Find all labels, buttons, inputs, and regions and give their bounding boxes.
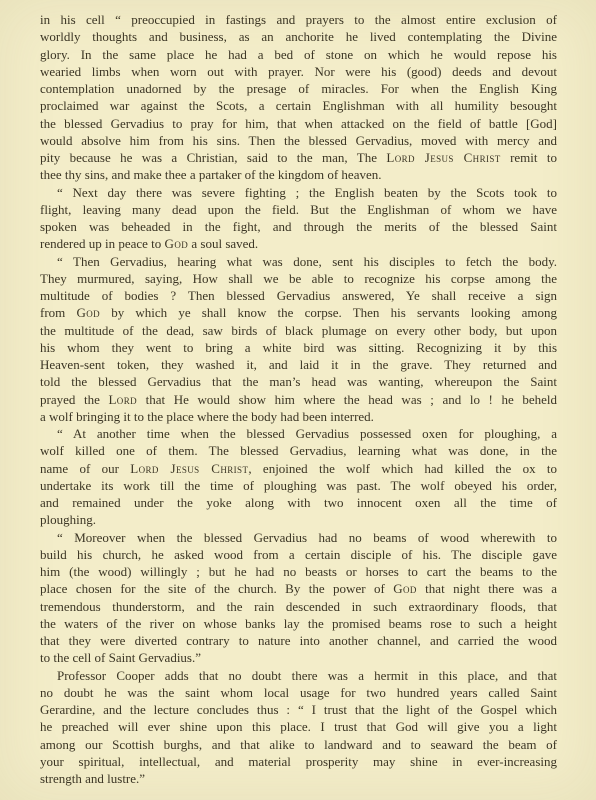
text-segment: and remained under the yoke along with t… <box>40 495 557 510</box>
text-line: prayed the Lord that He would show him w… <box>40 391 557 408</box>
text-segment: the waters of the river on whose banks l… <box>40 616 557 631</box>
text-line: to the cell of Saint Gervadius.” <box>40 649 557 666</box>
text-line: spoken was beheaded in the fight, and th… <box>40 218 557 235</box>
text-segment: in his cell “ preoccupied in fastings an… <box>40 12 557 27</box>
text-line: contemplation unadorned by the presage o… <box>40 80 557 97</box>
paragraph-1: in his cell “ preoccupied in fastings an… <box>40 11 557 184</box>
text-segment: him (the wood) willingly ; but he had no… <box>40 564 557 579</box>
text-segment: ploughing. <box>40 512 96 527</box>
text-line: multitude of bodies ? Then blessed Gerva… <box>40 287 557 304</box>
text-line: wearied limbs when worn out with prayer.… <box>40 63 557 80</box>
paragraph-6: Professor Cooper adds that no doubt ther… <box>40 667 557 788</box>
text-line: a wolf bringing it to the place where th… <box>40 408 557 425</box>
text-segment: told the blessed Gervadius that the man’… <box>40 374 557 389</box>
text-segment: glory. In the same place he had a bed of… <box>40 47 557 62</box>
text-line: place chosen for the site of the church.… <box>40 580 557 597</box>
text-line: thee thy sins, and make thee a partaker … <box>40 166 557 183</box>
text-line: among our Scottish burghs, and that alik… <box>40 736 557 753</box>
text-segment: that night there was a <box>417 581 557 596</box>
small-caps-text: God <box>165 236 189 251</box>
text-line: build his church, he asked wood from a c… <box>40 546 557 563</box>
text-line: that they were diverted contrary to natu… <box>40 632 557 649</box>
text-segment: remit to <box>501 150 557 165</box>
text-line: would absolve him from his sins. Then th… <box>40 132 557 149</box>
text-line: Heaven-sent token, they washed it, and l… <box>40 356 557 373</box>
text-segment: that He would show him where the head wa… <box>137 392 557 407</box>
text-line: the waters of the river on whose banks l… <box>40 615 557 632</box>
text-segment: thee thy sins, and make thee a partaker … <box>40 167 382 182</box>
text-segment: place chosen for the site of the church.… <box>40 581 393 596</box>
text-line: “ At another time when the blessed Gerva… <box>40 425 557 442</box>
text-segment: a wolf bringing it to the place where th… <box>40 409 374 424</box>
text-segment: “ At another time when the blessed Gerva… <box>57 426 557 441</box>
text-line: worldly thoughts and business, as an anc… <box>40 28 557 45</box>
text-line: your spiritual, intellectual, and materi… <box>40 753 557 770</box>
text-segment: from <box>40 305 76 320</box>
text-segment: spoken was beheaded in the fight, and th… <box>40 219 557 234</box>
text-segment: pity because he was a Christian, said to… <box>40 150 386 165</box>
text-segment: his whom they went to bring a white bird… <box>40 340 557 355</box>
text-line: and remained under the yoke along with t… <box>40 494 557 511</box>
text-line: strength and lustre.” <box>40 770 557 787</box>
text-line: They murmured, saying, How shall we be a… <box>40 270 557 287</box>
text-segment: build his church, he asked wood from a c… <box>40 547 557 562</box>
text-segment: They murmured, saying, How shall we be a… <box>40 271 557 286</box>
text-segment: wolf killed one of them. The blessed Ger… <box>40 443 557 458</box>
text-line: flight, leaving many dead upon the field… <box>40 201 557 218</box>
text-segment: Professor Cooper adds that no doubt ther… <box>57 668 557 683</box>
small-caps-text: Lord <box>108 392 137 407</box>
text-segment: the multitude of the dead, saw birds of … <box>40 323 557 338</box>
text-line: wolf killed one of them. The blessed Ger… <box>40 442 557 459</box>
text-segment: strength and lustre.” <box>40 771 145 786</box>
text-line: ploughing. <box>40 511 557 528</box>
text-line: Professor Cooper adds that no doubt ther… <box>40 667 557 684</box>
text-segment: multitude of bodies ? Then blessed Gerva… <box>40 288 557 303</box>
text-segment: , enjoined the wolf which had killed the… <box>248 461 557 476</box>
text-segment: undertake its work till the time of plou… <box>40 478 557 493</box>
text-line: his whom they went to bring a white bird… <box>40 339 557 356</box>
paragraph-4: “ At another time when the blessed Gerva… <box>40 425 557 529</box>
text-line: from God by which ye shall know the corp… <box>40 304 557 321</box>
text-block: in his cell “ preoccupied in fastings an… <box>40 11 557 787</box>
text-line: the blessed Gervadius to pray for him, t… <box>40 115 557 132</box>
text-line: name of our Lord Jesus Christ, enjoined … <box>40 460 557 477</box>
paragraph-3: “ Then Gervadius, hearing what was done,… <box>40 253 557 426</box>
text-segment: among our Scottish burghs, and that alik… <box>40 737 557 752</box>
text-segment: “ Then Gervadius, hearing what was done,… <box>57 254 557 269</box>
text-segment: he preached will ever shine upon this pl… <box>40 719 557 734</box>
text-segment: that they were diverted contrary to natu… <box>40 633 557 648</box>
text-segment: worldly thoughts and business, as an anc… <box>40 29 557 44</box>
text-segment: flight, leaving many dead upon the field… <box>40 202 557 217</box>
text-line: the multitude of the dead, saw birds of … <box>40 322 557 339</box>
text-segment: by which ye shall know the corpse. Then … <box>100 305 557 320</box>
text-line: in his cell “ preoccupied in fastings an… <box>40 11 557 28</box>
text-line: no doubt he was the saint whom local usa… <box>40 684 557 701</box>
text-segment: “ Next day there was severe fighting ; t… <box>57 185 557 200</box>
text-segment: a soul saved. <box>188 236 258 251</box>
text-line: him (the wood) willingly ; but he had no… <box>40 563 557 580</box>
text-segment: to the cell of Saint Gervadius.” <box>40 650 201 665</box>
book-page: in his cell “ preoccupied in fastings an… <box>0 0 596 800</box>
text-line: told the blessed Gervadius that the man’… <box>40 373 557 390</box>
text-line: tremendous thunderstorm, and the rain de… <box>40 598 557 615</box>
small-caps-text: Lord Jesus Christ <box>386 150 500 165</box>
text-line: glory. In the same place he had a bed of… <box>40 46 557 63</box>
text-segment: tremendous thunderstorm, and the rain de… <box>40 599 557 614</box>
text-segment: the blessed Gervadius to pray for him, t… <box>40 116 557 131</box>
text-segment: rendered up in peace to <box>40 236 165 251</box>
text-segment: would absolve him from his sins. Then th… <box>40 133 557 148</box>
small-caps-text: God <box>76 305 100 320</box>
text-line: “ Then Gervadius, hearing what was done,… <box>40 253 557 270</box>
text-line: pity because he was a Christian, said to… <box>40 149 557 166</box>
text-segment: contemplation unadorned by the presage o… <box>40 81 557 96</box>
paragraph-5: “ Moreover when the blessed Gervadius ha… <box>40 529 557 667</box>
text-line: “ Moreover when the blessed Gervadius ha… <box>40 529 557 546</box>
small-caps-text: Lord Jesus Christ <box>130 461 248 476</box>
text-segment: “ Moreover when the blessed Gervadius ha… <box>57 530 557 545</box>
text-segment: wearied limbs when worn out with prayer.… <box>40 64 557 79</box>
text-line: Gerardine, and the lecture concludes thu… <box>40 701 557 718</box>
text-line: rendered up in peace to God a soul saved… <box>40 235 557 252</box>
text-segment: your spiritual, intellectual, and materi… <box>40 754 557 769</box>
text-line: proclaimed war against the Scots, a cert… <box>40 97 557 114</box>
small-caps-text: God <box>393 581 417 596</box>
text-segment: proclaimed war against the Scots, a cert… <box>40 98 557 113</box>
text-segment: no doubt he was the saint whom local usa… <box>40 685 557 700</box>
text-line: he preached will ever shine upon this pl… <box>40 718 557 735</box>
text-line: undertake its work till the time of plou… <box>40 477 557 494</box>
text-segment: name of our <box>40 461 130 476</box>
text-line: “ Next day there was severe fighting ; t… <box>40 184 557 201</box>
text-segment: Gerardine, and the lecture concludes thu… <box>40 702 557 717</box>
text-segment: prayed the <box>40 392 108 407</box>
text-segment: Heaven-sent token, they washed it, and l… <box>40 357 557 372</box>
paragraph-2: “ Next day there was severe fighting ; t… <box>40 184 557 253</box>
